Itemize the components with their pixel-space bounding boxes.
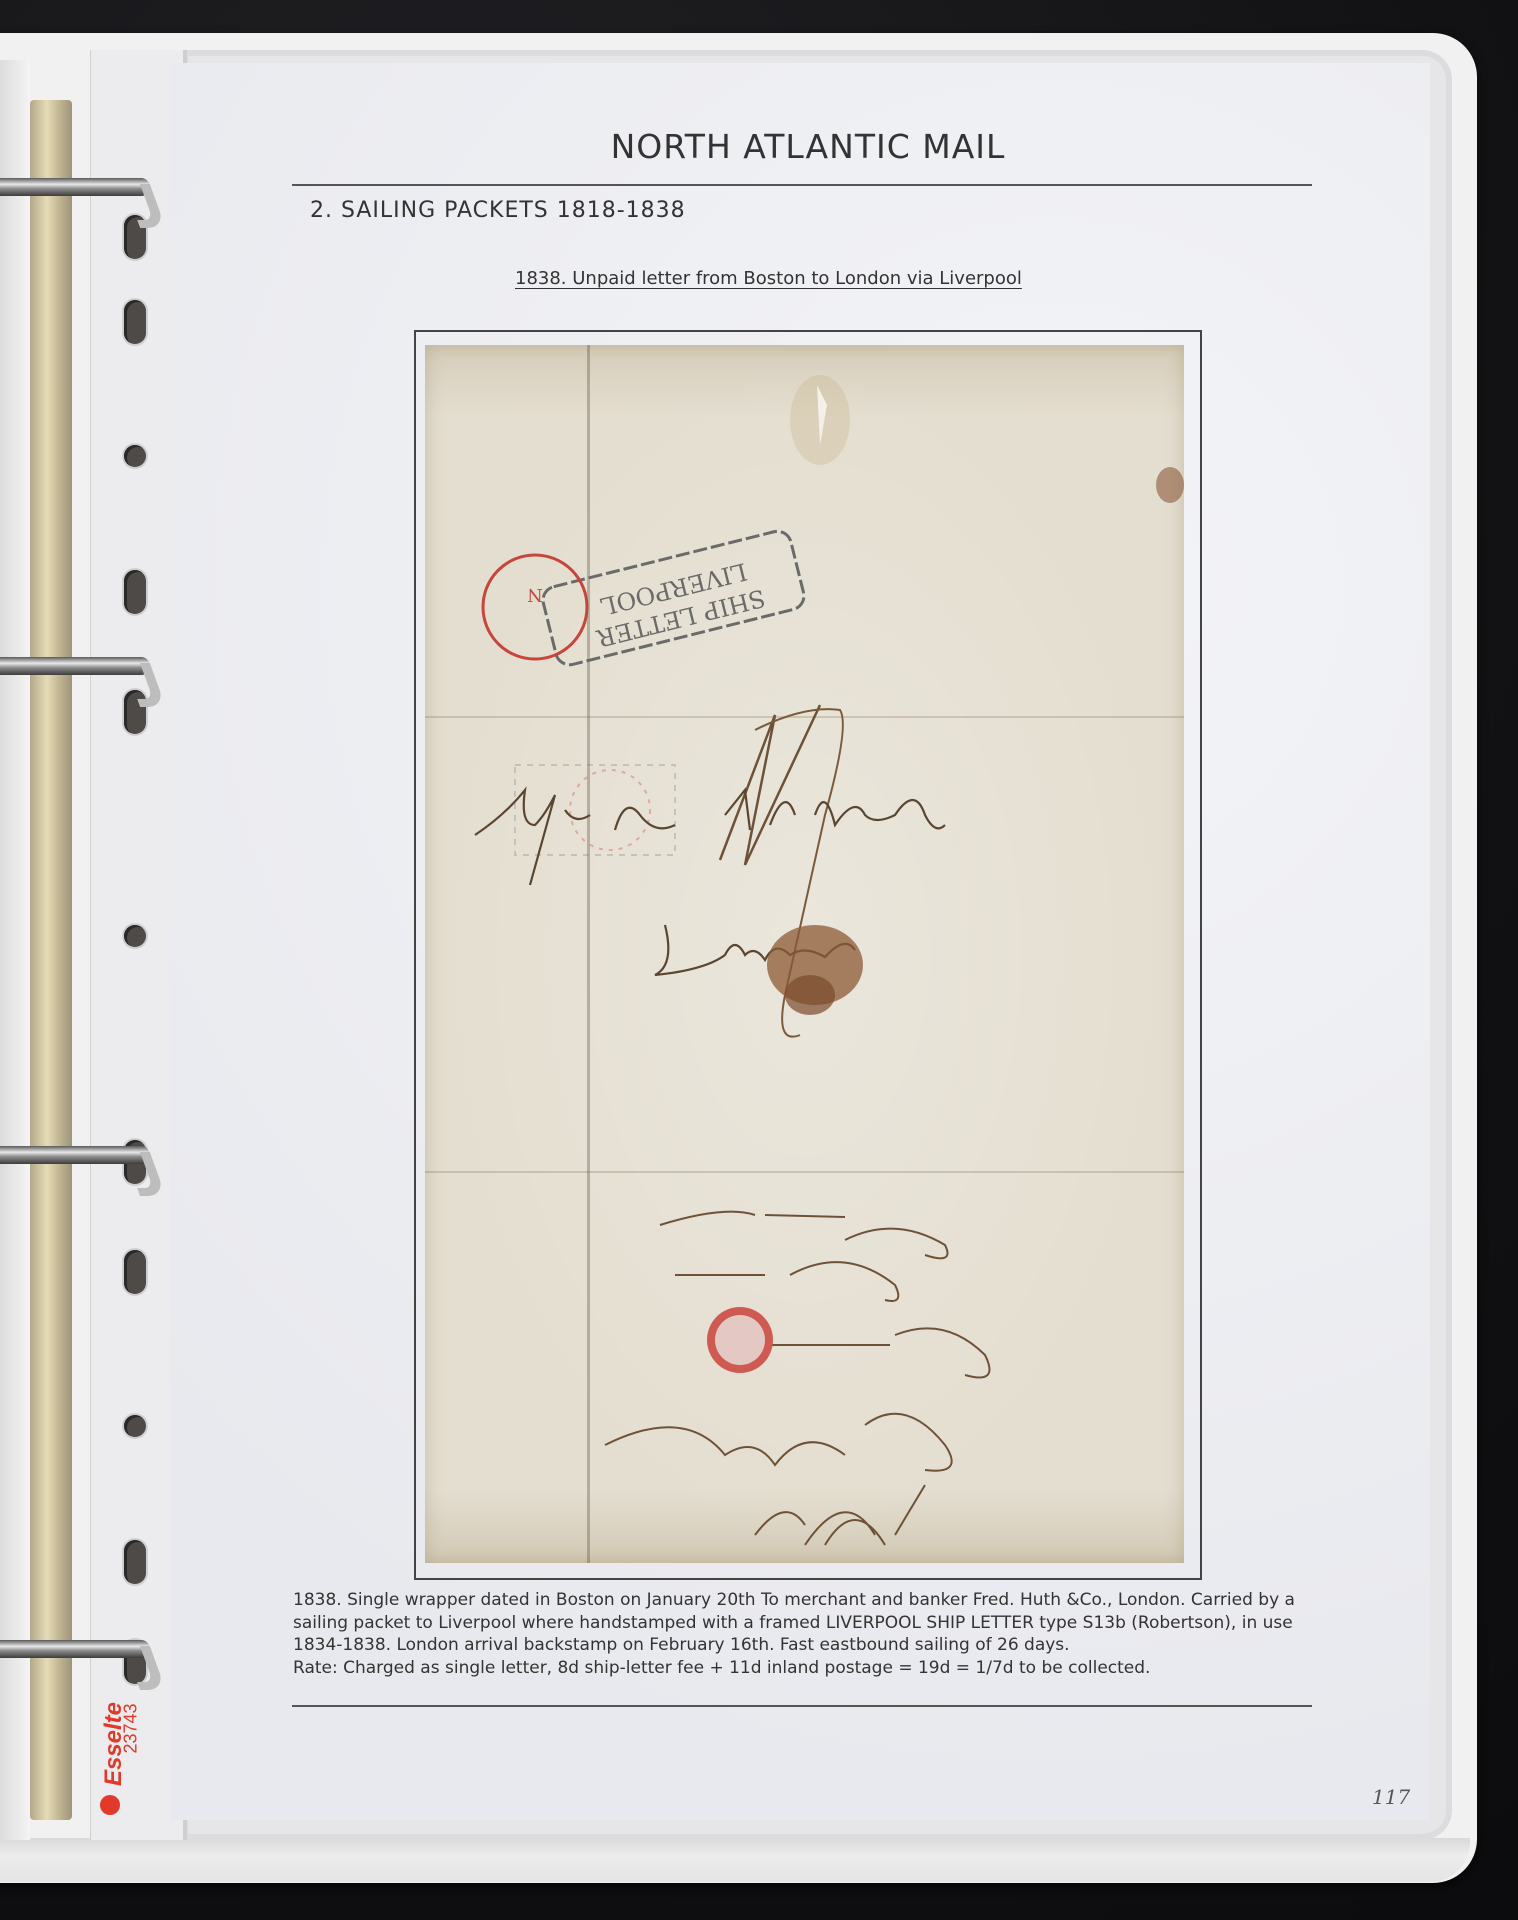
product-code: 23743 xyxy=(121,1703,142,1753)
caption-line: sailing packet to Liverpool where handst… xyxy=(293,1612,1323,1635)
punch-hole xyxy=(124,300,146,344)
page-number: 117 xyxy=(1372,1785,1410,1809)
binder-ring xyxy=(0,657,150,675)
svg-text:N: N xyxy=(527,584,543,605)
caption-line: Rate: Charged as single letter, 8d ship-… xyxy=(293,1657,1323,1680)
esselte-label: Esselte 23743 xyxy=(92,1670,152,1820)
letter-image: LIVERPOOL SHIP LETTER N xyxy=(425,345,1184,1563)
punch-hole xyxy=(124,1250,146,1294)
ring-mechanism xyxy=(30,100,72,1820)
punch-hole xyxy=(124,570,146,614)
letter-markings: LIVERPOOL SHIP LETTER N xyxy=(425,345,1184,1563)
esselte-logo-icon xyxy=(100,1795,120,1815)
title-divider xyxy=(292,184,1312,186)
exhibit-heading: 1838. Unpaid letter from Boston to Londo… xyxy=(515,268,1022,289)
binder-spine xyxy=(0,60,30,1840)
caption-divider xyxy=(292,1705,1312,1707)
punch-hole xyxy=(124,445,146,467)
binder-ring xyxy=(0,1146,150,1164)
album-page: NORTH ATLANTIC MAIL 2. SAILING PACKETS 1… xyxy=(170,63,1430,1820)
punch-hole xyxy=(124,925,146,947)
framed-handstamp: LIVERPOOL SHIP LETTER xyxy=(540,528,807,667)
binder-ring xyxy=(0,178,150,196)
exhibit-caption: 1838. Single wrapper dated in Boston on … xyxy=(293,1589,1323,1679)
caption-line: 1834-1838. London arrival backstamp on F… xyxy=(293,1634,1323,1657)
binder-bottom-edge xyxy=(0,1838,1470,1882)
section-heading: 2. SAILING PACKETS 1818-1838 xyxy=(310,198,686,223)
caption-line: 1838. Single wrapper dated in Boston on … xyxy=(293,1589,1323,1612)
punch-hole xyxy=(124,1540,146,1584)
punch-hole xyxy=(124,1415,146,1437)
page-title: NORTH ATLANTIC MAIL xyxy=(568,127,1048,166)
binder-ring xyxy=(0,1640,150,1658)
